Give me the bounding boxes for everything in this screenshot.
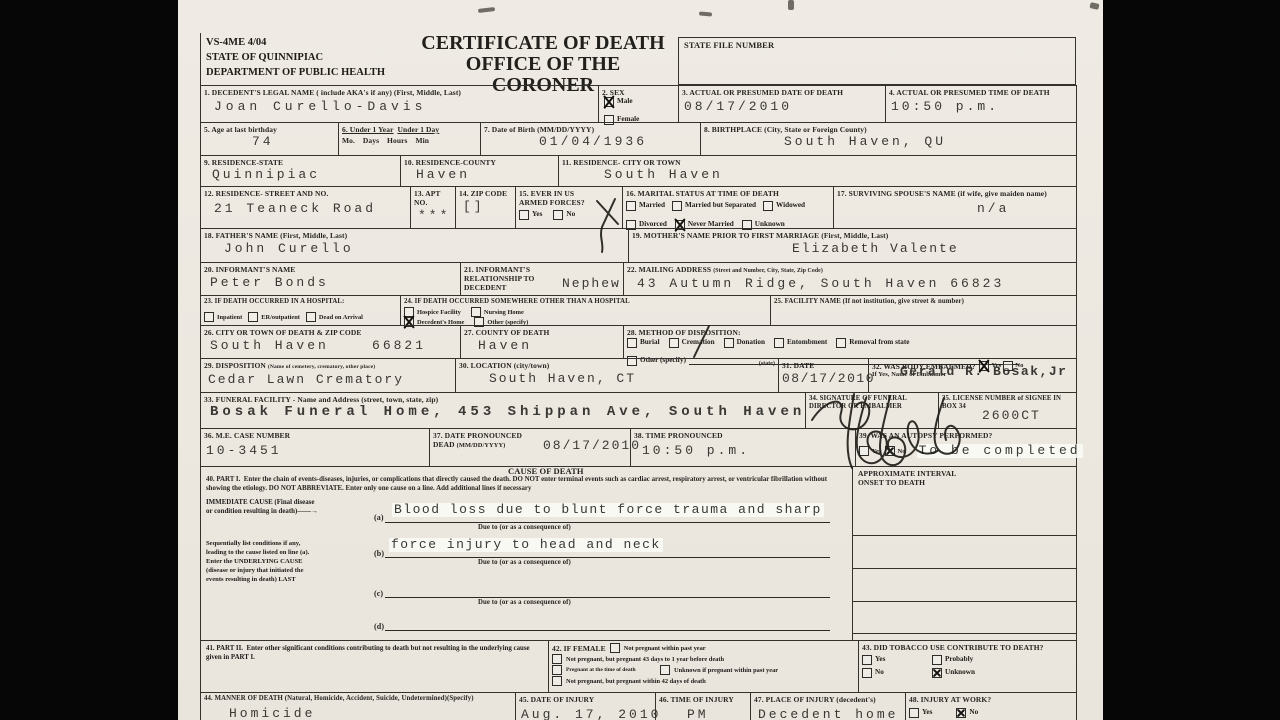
field-time-of-death: 4. ACTUAL OR PRESUMED TIME OF DEATH 10:5… <box>885 85 1077 122</box>
method-of-disposition-label: 28. METHOD OF DISPOSITION: <box>627 328 1074 337</box>
field-apt-no: 13. APT NO. *** <box>410 186 455 228</box>
autopsy-note: To be completed <box>917 444 1083 458</box>
line-b-prefix: (b) <box>374 549 384 559</box>
field-death-in-hospital: 23. IF DEATH OCCURRED IN A HOSPITAL: Inp… <box>200 295 400 325</box>
manner-of-death-value: Homicide <box>229 707 512 720</box>
donation-label: Donation <box>737 339 765 347</box>
residence-county-label: 10. RESIDENCE-COUNTY <box>404 158 555 167</box>
disposition-location-state-label: (state) <box>759 361 775 368</box>
state-file-number-box: STATE FILE NUMBER <box>678 37 1076 85</box>
field-method-of-disposition: 28. METHOD OF DISPOSITION: Burial Cremat… <box>623 325 1077 358</box>
field-disposition-location: 30. LOCATION (city/town)(state) South Ha… <box>455 358 778 392</box>
residence-city-label: 11. RESIDENCE- CITY OR TOWN <box>562 158 1074 167</box>
marital-status-label: 16. MARITAL STATUS AT TIME OF DEATH <box>626 189 830 198</box>
informant-relationship-label: 21. INFORMANT'S RELATIONSHIP <box>464 265 530 283</box>
field-marital-status: 16. MARITAL STATUS AT TIME OF DEATH Marr… <box>622 186 833 228</box>
date-of-injury-value: Aug. 17, 2010 <box>521 708 652 720</box>
interval-row-line <box>853 601 1076 602</box>
hospice-facility-label: Hospice Facility <box>417 309 461 316</box>
inpatient-label: Inpatient <box>217 314 242 321</box>
checkbox-injury-work-yes <box>909 708 919 718</box>
residence-city-value: South Haven <box>604 168 1074 182</box>
injury-at-work-label: 48. INJURY AT WORK? <box>909 695 1074 704</box>
funeral-facility-value: Bosak Funeral Home, 453 Shippan Ave, Sou… <box>210 405 802 420</box>
field-facility-name: 25. FACILITY NAME (If not institution, g… <box>770 295 1077 325</box>
apt-no-label: 13. APT NO. <box>414 189 452 207</box>
sequential-conditions-label: Sequentially list conditions if any, lea… <box>206 540 309 584</box>
er-outpatient-label: ER/outpatient <box>261 314 300 321</box>
zip-code-label: 14. ZIP CODE <box>459 189 512 198</box>
under-1-units-label: Mo. Days Hours Min <box>342 136 477 145</box>
residence-state-label: 9. RESIDENCE-STATE <box>204 158 397 167</box>
death-other-than-hospital-label: 24. IF DEATH OCCURRED SOMEWHERE OTHER TH… <box>404 298 767 306</box>
autopsy-no-label: No <box>898 448 906 455</box>
checkbox-tobacco-probably <box>932 655 942 665</box>
armed-forces-label: 15. EVER IN US ARMED FORCES? <box>519 189 589 207</box>
checkbox-sex-male <box>604 97 614 107</box>
field-informant-name: 20. INFORMANT'S NAME Peter Bonds <box>200 262 460 295</box>
dead-on-arrival-label: Dead on Arrival <box>319 314 363 321</box>
age-label: 5. Age at last birthday <box>204 125 335 134</box>
residence-state-value: Quinnipiac <box>212 168 397 182</box>
checkbox-tobacco-unknown <box>932 668 942 678</box>
father-name-value: John Curello <box>224 242 625 256</box>
mailing-address-label: 22. MAILING ADDRESS <box>627 265 711 274</box>
date-of-injury-label: 45. DATE OF INJURY <box>519 695 652 704</box>
checkbox-autopsy-no <box>885 446 895 456</box>
field-tobacco-use: 43. DID TOBACCO USE CONTRIBUTE TO DEATH?… <box>858 640 1077 692</box>
checkbox-widowed <box>763 201 773 211</box>
field-place-of-injury: 47. PLACE OF INJURY (decedent's) Deceden… <box>750 692 905 720</box>
part1-rest: Enter the chain of events-diseases, inju… <box>206 476 827 492</box>
tobacco-probably-label: Probably <box>945 656 973 664</box>
checkbox-entombment <box>774 338 784 348</box>
informant-name-value: Peter Bonds <box>210 276 457 290</box>
checkbox-tobacco-no <box>862 668 872 678</box>
issuer-department: DEPARTMENT OF PUBLIC HEALTH <box>206 65 385 80</box>
field-funeral-facility: 33. FUNERAL FACILITY - Name and Address … <box>200 392 805 428</box>
tobacco-yes-label: Yes <box>875 656 885 664</box>
time-pronounced-value: 10:50 p.m. <box>642 444 852 458</box>
age-value: 74 <box>252 135 335 149</box>
part1-instructions: 40. PART I. Enter the chain of events-di… <box>206 476 846 494</box>
checkbox-embalmed-yes <box>979 361 989 371</box>
informant-name-label: 20. INFORMANT'S NAME <box>204 265 457 274</box>
field-residence-county: 10. RESIDENCE-COUNTY Haven <box>400 155 558 186</box>
injury-work-no-label: No <box>969 709 978 717</box>
mailing-address-sublabel: (Street and Number, City, State, Zip Cod… <box>713 268 823 274</box>
city-of-death-value: South Haven 66821 <box>210 339 457 353</box>
form-code: VS-4ME 4/04 <box>206 35 385 50</box>
injury-work-yes-label: Yes <box>922 709 932 717</box>
mother-name-label: 19. MOTHER'S NAME PRIOR TO FIRST MARRIAG… <box>632 231 1074 240</box>
checkbox-married-separated <box>672 201 682 211</box>
part1-head: 40. PART I. <box>206 476 240 483</box>
removal-from-state-label: Removal from state <box>849 339 909 347</box>
interval-row-line <box>853 633 1076 634</box>
field-residence-street: 12. RESIDENCE- STREET AND NO. 21 Teaneck… <box>200 186 410 228</box>
cremation-label: Cremation <box>682 339 715 347</box>
due-to-label-2: Due to (or as a consequence of) <box>478 559 571 567</box>
license-number-value: 2600CT <box>982 409 1074 423</box>
residence-street-value: 21 Teaneck Road <box>214 202 407 216</box>
field-funeral-director-signature: 34. SIGNATURE OF FUNERAL DIRECTOR OR EMB… <box>805 392 938 428</box>
cause-of-death-title: CAUSE OF DEATH <box>508 466 584 476</box>
field-embalmed: 32. WAS BODY EMBALMED? Yes No If Yes, Na… <box>868 358 1077 392</box>
title-line-1: CERTIFICATE OF DEATH <box>418 33 668 54</box>
tobacco-use-label: 43. DID TOBACCO USE CONTRIBUTE TO DEATH? <box>862 643 1074 652</box>
county-of-death-label: 27. COUNTY OF DEATH <box>464 328 620 337</box>
interval-row-line <box>853 535 1076 536</box>
field-part2-conditions: 41. PART II. Enter other significant con… <box>200 640 548 692</box>
field-county-of-death: 27. COUNTY OF DEATH Haven <box>460 325 623 358</box>
line-c-prefix: (c) <box>374 589 383 599</box>
field-me-case-number: 36. M.E. CASE NUMBER 10-3451 <box>200 428 429 466</box>
cause-line-d <box>385 613 830 631</box>
under-1-year-label: 6. Under 1 Year <box>342 125 394 134</box>
cause-line-b-value: force injury to head and neck <box>389 538 663 552</box>
zip-code-value: [] <box>463 200 512 214</box>
interval-row-line <box>853 568 1076 569</box>
checkbox-armed-forces-yes <box>519 210 529 220</box>
decedent-name-label: 1. DECEDENT'S LEGAL NAME ( include AKA's… <box>204 88 595 97</box>
not-pregnant-past-year-label: Not pregnant within past year <box>624 645 706 652</box>
entombment-label: Entombment <box>787 339 827 347</box>
birthplace-value: South Haven, QU <box>784 135 1074 149</box>
funeral-director-signature-label: 34. SIGNATURE OF FUNERAL DIRECTOR OR EMB… <box>809 395 935 411</box>
checkbox-pregnant-43-days <box>552 654 562 664</box>
field-decedent-name: 1. DECEDENT'S LEGAL NAME ( include AKA's… <box>200 85 598 122</box>
me-case-number-value: 10-3451 <box>206 444 426 458</box>
field-autopsy-performed: 39. WAS AN AUTOPSY PERFORMED? Yes No To … <box>855 428 1077 466</box>
field-time-pronounced: 38. TIME PRONOUNCED 10:50 p.m. <box>630 428 855 466</box>
checkbox-nursing-home <box>471 307 481 317</box>
disposition-date-label: 31. DATE <box>782 361 865 370</box>
armed-forces-no-label: No <box>566 211 575 219</box>
burial-label: Burial <box>640 339 660 347</box>
field-zip-code: 14. ZIP CODE [] <box>455 186 515 228</box>
tobacco-no-label: No <box>875 669 884 677</box>
father-name-label: 18. FATHER'S NAME (First, Middle, Last) <box>204 231 625 240</box>
date-of-death-label: 3. ACTUAL OR PRESUMED DATE OF DEATH <box>682 88 882 97</box>
county-of-death-value: Haven <box>478 339 620 353</box>
field-birthplace: 8. BIRTHPLACE (City, State or Foreign Co… <box>700 122 1077 155</box>
field-surviving-spouse: 17. SURVIVING SPOUSE'S NAME (if wife, gi… <box>833 186 1077 228</box>
checkbox-cremation <box>669 338 679 348</box>
mailing-address-value: 43 Autumn Ridge, South Haven 66823 <box>637 277 1074 291</box>
checkbox-pregnant-at-death <box>552 665 562 675</box>
under-1-day-label: Under 1 Day <box>397 125 439 134</box>
surviving-spouse-label: 17. SURVIVING SPOUSE'S NAME (if wife, gi… <box>837 189 1074 198</box>
state-file-number-label: STATE FILE NUMBER <box>684 40 1070 50</box>
death-in-hospital-label: 23. IF DEATH OCCURRED IN A HOSPITAL: <box>204 298 397 306</box>
unknown-if-pregnant-label: Unknown if pregnant within past year <box>674 667 778 674</box>
scan-artifact <box>699 11 712 16</box>
checkbox-not-pregnant-past-year <box>610 643 620 653</box>
checkbox-donation <box>724 338 734 348</box>
line-d-prefix: (d) <box>374 622 384 632</box>
checkbox-tobacco-yes <box>862 655 872 665</box>
sex-male-label: Male <box>617 98 633 106</box>
checkbox-er-outpatient <box>248 312 258 322</box>
field-time-of-injury: 46. TIME OF INJURY PM <box>655 692 750 720</box>
field-father-name: 18. FATHER'S NAME (First, Middle, Last) … <box>200 228 628 262</box>
immediate-cause-label: IMMEDIATE CAUSE (Final diseaseor conditi… <box>206 499 318 517</box>
disposition-place-label: 29. DISPOSITION <box>204 361 266 370</box>
pregnant-at-death-label: Pregnant at the time of death <box>566 667 656 673</box>
informant-relationship-value: Nephew <box>562 277 620 291</box>
married-separated-label: Married but Separated <box>685 202 756 210</box>
checkbox-armed-forces-no <box>553 210 563 220</box>
city-of-death-label: 26. CITY OR TOWN OF DEATH & ZIP CODE <box>204 328 457 337</box>
approximate-interval-label: APPROXIMATE INTERVALONSET TO DEATH <box>858 469 956 487</box>
birthplace-label: 8. BIRTHPLACE (City, State or Foreign Co… <box>704 125 1074 134</box>
part2-head: 41. PART II. <box>206 645 243 652</box>
field-residence-state: 9. RESIDENCE-STATE Quinnipiac <box>200 155 400 186</box>
time-of-death-label: 4. ACTUAL OR PRESUMED TIME OF DEATH <box>889 88 1074 97</box>
cause-line-a-value: Blood loss due to blunt force trauma and… <box>392 503 824 517</box>
field-date-of-injury: 45. DATE OF INJURY Aug. 17, 2010 <box>515 692 655 720</box>
residence-street-label: 12. RESIDENCE- STREET AND NO. <box>204 189 407 198</box>
field-city-of-death: 26. CITY OR TOWN OF DEATH & ZIP CODE Sou… <box>200 325 460 358</box>
tobacco-unknown-label: Unknown <box>945 669 975 677</box>
disposition-location-value: South Haven, CT <box>489 372 775 386</box>
field-armed-forces: 15. EVER IN US ARMED FORCES? Yes No <box>515 186 622 228</box>
if-female-label: 42. IF FEMALE <box>552 644 606 653</box>
date-of-birth-value: 01/04/1936 <box>539 135 697 149</box>
mother-name-value: Elizabeth Valente <box>792 242 1074 256</box>
field-under-one-year: 6. Under 1 Year Under 1 Day Mo. Days Hou… <box>338 122 480 155</box>
time-of-injury-value: PM <box>687 708 747 720</box>
field-death-other-than-hospital: 24. IF DEATH OCCURRED SOMEWHERE OTHER TH… <box>400 295 770 325</box>
field-informant-relationship: 21. INFORMANT'S RELATIONSHIP TO DECEDENT… <box>460 262 623 295</box>
scan-artifact <box>1089 2 1099 10</box>
field-date-of-death: 3. ACTUAL OR PRESUMED DATE OF DEATH 08/1… <box>678 85 885 122</box>
form-issuer-block: VS-4ME 4/04 STATE OF QUINNIPIAC DEPARTME… <box>206 35 385 81</box>
checkbox-married <box>626 201 636 211</box>
disposition-place-value: Cedar Lawn Crematory <box>208 373 452 387</box>
apt-no-value: *** <box>418 209 452 223</box>
field-injury-at-work: 48. INJURY AT WORK? Yes No <box>905 692 1077 720</box>
me-case-number-label: 36. M.E. CASE NUMBER <box>204 431 426 440</box>
scan-artifact <box>788 0 794 10</box>
part2-rest: Enter other significant conditions contr… <box>206 645 530 661</box>
facility-name-label: 25. FACILITY NAME (If not institution, g… <box>774 298 1074 306</box>
time-pronounced-label: 38. TIME PRONOUNCED <box>634 431 852 440</box>
checkbox-pregnant-42-days <box>552 676 562 686</box>
funeral-facility-label: 33. FUNERAL FACILITY - Name and Address … <box>204 395 802 404</box>
field-residence-city: 11. RESIDENCE- CITY OR TOWN South Haven <box>558 155 1077 186</box>
checkbox-unknown-if-pregnant <box>660 665 670 675</box>
scan-artifact <box>478 7 495 13</box>
checkbox-inpatient <box>204 312 214 322</box>
screen-background: VS-4ME 4/04 STATE OF QUINNIPIAC DEPARTME… <box>0 0 1280 720</box>
field-sex: 2. SEX Male Female <box>598 85 678 122</box>
checkbox-burial <box>627 338 637 348</box>
checkbox-removal-from-state <box>836 338 846 348</box>
date-of-death-value: 08/17/2010 <box>684 100 882 114</box>
autopsy-label: 39. WAS AN AUTOPSY PERFORMED? <box>859 431 1074 440</box>
nursing-home-label: Nursing Home <box>484 309 524 316</box>
interval-column-divider <box>852 466 853 640</box>
death-certificate-document: VS-4ME 4/04 STATE OF QUINNIPIAC DEPARTME… <box>178 0 1103 720</box>
pregnant-43-days-label: Not pregnant, but pregnant 43 days to 1 … <box>566 656 724 663</box>
place-of-injury-value: Decedent home <box>758 708 902 720</box>
disposition-date-value: 08/17/2010 <box>782 372 865 386</box>
time-of-injury-label: 46. TIME OF INJURY <box>659 695 747 704</box>
disposition-place-sublabel: (Name of cemetery, crematory, other plac… <box>268 364 375 370</box>
widowed-label: Widowed <box>776 202 805 210</box>
armed-forces-yes-label: Yes <box>532 211 542 219</box>
date-pronounced-sublabel: (MM/DD/YYYY) <box>457 442 506 449</box>
due-to-label-3: Due to (or as a consequence of) <box>478 599 571 607</box>
field-date-pronounced-dead: 37. DATE PRONOUNCED DEAD (MM/DD/YYYY) 08… <box>429 428 630 466</box>
cause-line-c <box>385 580 830 598</box>
field-date-of-birth: 7. Date of Birth (MM/DD/YYYY) 01/04/1936 <box>480 122 700 155</box>
autopsy-yes-label: Yes <box>872 448 882 455</box>
checkbox-autopsy-yes <box>859 446 869 456</box>
field-disposition-date: 31. DATE 08/17/2010 <box>778 358 868 392</box>
field-mother-name: 19. MOTHER'S NAME PRIOR TO FIRST MARRIAG… <box>628 228 1077 262</box>
line-a-prefix: (a) <box>374 513 384 523</box>
checkbox-dead-on-arrival <box>306 312 316 322</box>
field-if-female: 42. IF FEMALE Not pregnant within past y… <box>548 640 858 692</box>
surviving-spouse-value: n/a <box>977 202 1074 216</box>
field-license-number: 35. LICENSE NUMBER of SIGNEE IN BOX 34 2… <box>938 392 1077 428</box>
due-to-label-1: Due to (or as a consequence of) <box>478 524 571 532</box>
checkbox-injury-work-no <box>956 708 966 718</box>
checkbox-embalmed-no <box>1003 361 1013 371</box>
field-age: 5. Age at last birthday 74 <box>200 122 338 155</box>
date-of-birth-label: 7. Date of Birth (MM/DD/YYYY) <box>484 125 697 134</box>
field-manner-of-death: 44. MANNER OF DEATH (Natural, Homicide, … <box>200 692 515 720</box>
married-label: Married <box>639 202 665 210</box>
pregnant-42-days-label: Not pregnant, but pregnant within 42 day… <box>566 678 706 685</box>
manner-of-death-label: 44. MANNER OF DEATH (Natural, Homicide, … <box>204 695 512 703</box>
issuer-state: STATE OF QUINNIPIAC <box>206 50 385 65</box>
field-disposition-place: 29. DISPOSITION (Name of cemetery, crema… <box>200 358 455 392</box>
disposition-location-label: 30. LOCATION (city/town) <box>459 361 549 370</box>
residence-county-value: Haven <box>416 168 555 182</box>
decedent-name-value: Joan Curello-Davis <box>214 100 595 114</box>
field-mailing-address: 22. MAILING ADDRESS (Street and Number, … <box>623 262 1077 295</box>
place-of-injury-label: 47. PLACE OF INJURY (decedent's) <box>754 695 902 704</box>
time-of-death-value: 10:50 p.m. <box>891 100 1074 114</box>
